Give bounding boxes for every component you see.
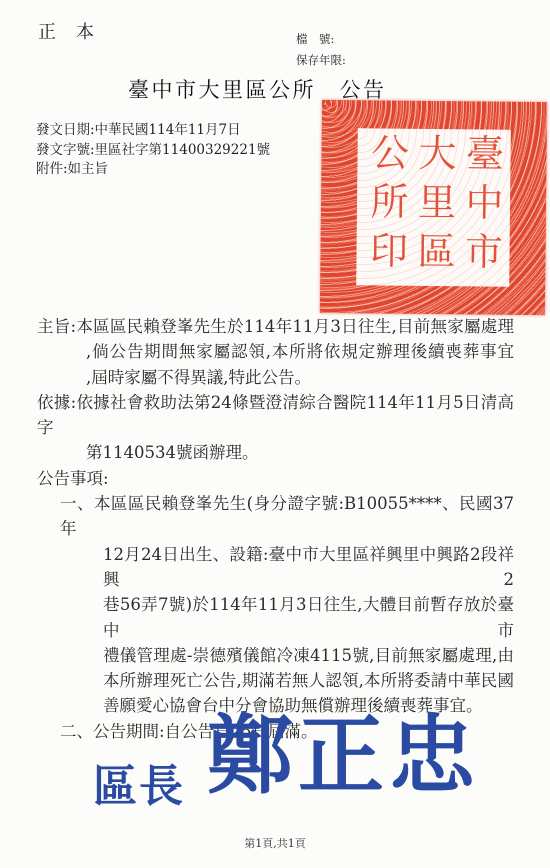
body-line-item1-2: 12月24日出生、設籍:臺中市大里區祥興里中興路2段祥興2 — [37, 542, 514, 593]
body-line-subject-2: ,倘公告期間無家屬認領,本所將依規定辦理後續喪葬事宜 — [37, 339, 514, 364]
chief-title-stamp: 區長 — [93, 750, 185, 814]
body-line-basis-1: 依據:依據社會救助法第24條暨澄清綜合醫院114年11月5日清高字 — [37, 390, 514, 441]
attachment-note: 附件:如主旨 — [36, 160, 270, 180]
body-line-subject-1: 主旨:本區區民賴登峯先生於114年11月3日往生,目前無家屬處理 — [37, 314, 514, 339]
body-line-item1-5: 本所辦理死亡公告,期滿若無人認領,本所將委請中華民國 — [37, 668, 514, 693]
body-line-items-head: 公告事項: — [37, 466, 514, 491]
official-seal-text: 臺中市 大里區 公所印 — [356, 128, 511, 287]
announcement-body: 主旨:本區區民賴登峯先生於114年11月3日往生,目前無家屬處理 ,倘公告期間無… — [37, 314, 514, 744]
body-line-item1-1: 一、本區區民賴登峯先生(身分證字號:B10055****、民國37年 — [37, 491, 514, 542]
seal-column-3: 公所印 — [362, 132, 410, 281]
chief-name-stamp: 鄭正忠 — [207, 708, 480, 804]
doc-number: 發文字號:里區社字第11400329221號 — [36, 141, 270, 161]
body-line-subject-3: ,屆時家屬不得異議,特此公告。 — [37, 365, 514, 390]
announcement-document: 正本 檔 號: 保存年限: 臺中市大里區公所 公告 發文日期:中華民國114年1… — [0, 0, 550, 868]
body-line-item1-3: 巷56弄7號)於114年11月3日往生,大體目前暫存放於臺中市 — [37, 592, 514, 643]
retention-period-label: 保存年限: — [296, 52, 346, 68]
seal-column-1: 臺中市 — [457, 133, 505, 282]
body-line-item1-4: 禮儀管理處-崇德殯儀館冷凍4115號,目前無家屬處理,由 — [37, 643, 514, 668]
official-seal-stamp: 臺中市 大里區 公所印 — [320, 100, 547, 315]
page-number-footer: 第1頁,共1頁 — [0, 835, 550, 851]
body-line-basis-2: 第1140534號函辦理。 — [37, 440, 514, 465]
document-meta: 發文日期:中華民國114年11月7日 發文字號:里區社字第11400329221… — [36, 121, 270, 180]
seal-column-2: 大里區 — [410, 133, 458, 282]
copy-type-label: 正本 — [38, 18, 114, 44]
file-number-label: 檔 號: — [296, 31, 334, 47]
issue-date: 發文日期:中華民國114年11月7日 — [36, 121, 270, 141]
